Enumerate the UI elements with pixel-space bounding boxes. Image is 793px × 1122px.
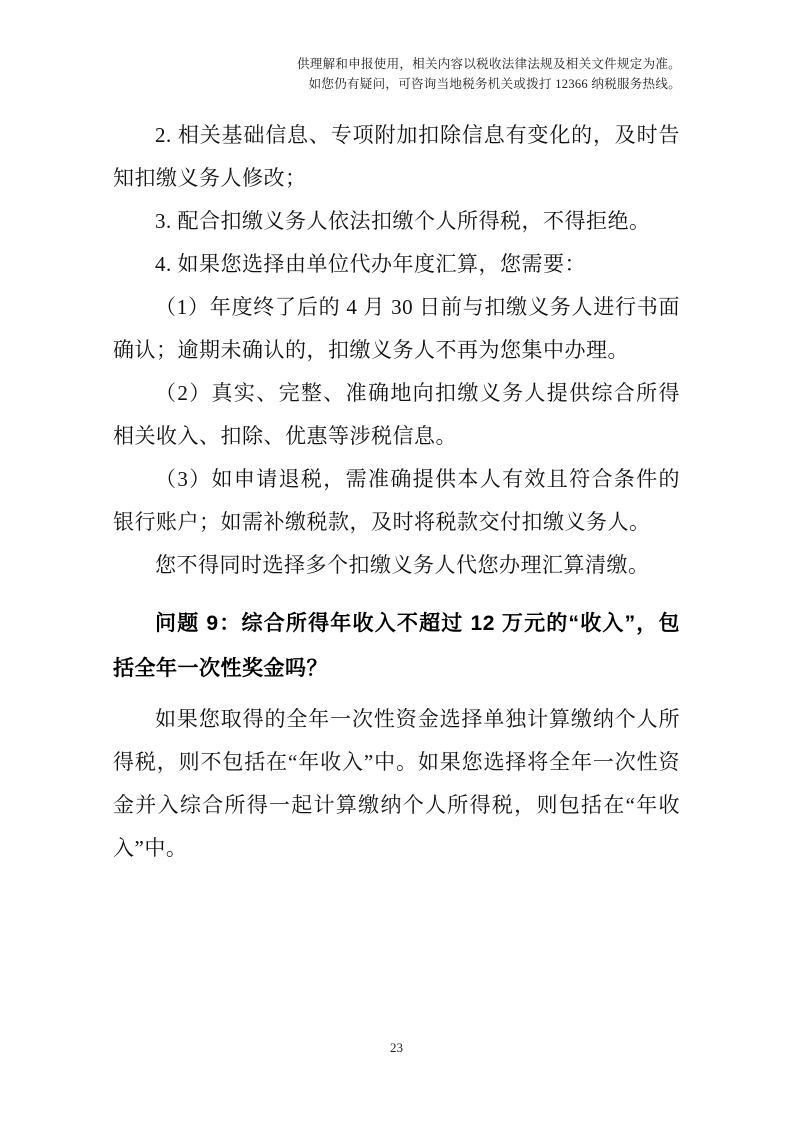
document-body: 2. 相关基础信息、专项附加扣除信息有变化的，及时告知扣缴义务人修改； 3. 配… (113, 114, 680, 870)
page-number: 23 (0, 1040, 793, 1056)
document-page: 供理解和申报使用，相关内容以税收法律法规及相关文件规定为准。 如您仍有疑问，可咨… (0, 0, 793, 1122)
paragraph-item-3: 3. 配合扣缴义务人依法扣缴个人所得税，不得拒绝。 (113, 200, 680, 243)
header-line-1: 供理解和申报使用，相关内容以税收法律法规及相关文件规定为准。 (297, 54, 681, 74)
paragraph-subitem-3: （3）如申请退税，需准确提供本人有效且符合条件的银行账户；如需补缴税款，及时将税… (113, 458, 680, 544)
paragraph-subitem-2: （2）真实、完整、准确地向扣缴义务人提供综合所得相关收入、扣除、优惠等涉税信息。 (113, 372, 680, 458)
paragraph-item-2: 2. 相关基础信息、专项附加扣除信息有变化的，及时告知扣缴义务人修改； (113, 114, 680, 200)
question-9-answer: 如果您取得的全年一次性资金选择单独计算缴纳个人所得税，则不包括在“年收入”中。如… (113, 698, 680, 870)
paragraph-note: 您不得同时选择多个扣缴义务人代您办理汇算清缴。 (113, 544, 680, 587)
page-header: 供理解和申报使用，相关内容以税收法律法规及相关文件规定为准。 如您仍有疑问，可咨… (297, 54, 681, 94)
paragraph-subitem-1: （1）年度终了后的 4 月 30 日前与扣缴义务人进行书面确认；逾期未确认的，扣… (113, 286, 680, 372)
question-9-heading: 问题 9：综合所得年收入不超过 12 万元的“收入”，包括全年一次性奖金吗？ (113, 601, 680, 691)
paragraph-item-4: 4. 如果您选择由单位代办年度汇算，您需要： (113, 243, 680, 286)
header-line-2: 如您仍有疑问，可咨询当地税务机关或拨打 12366 纳税服务热线。 (297, 74, 681, 94)
